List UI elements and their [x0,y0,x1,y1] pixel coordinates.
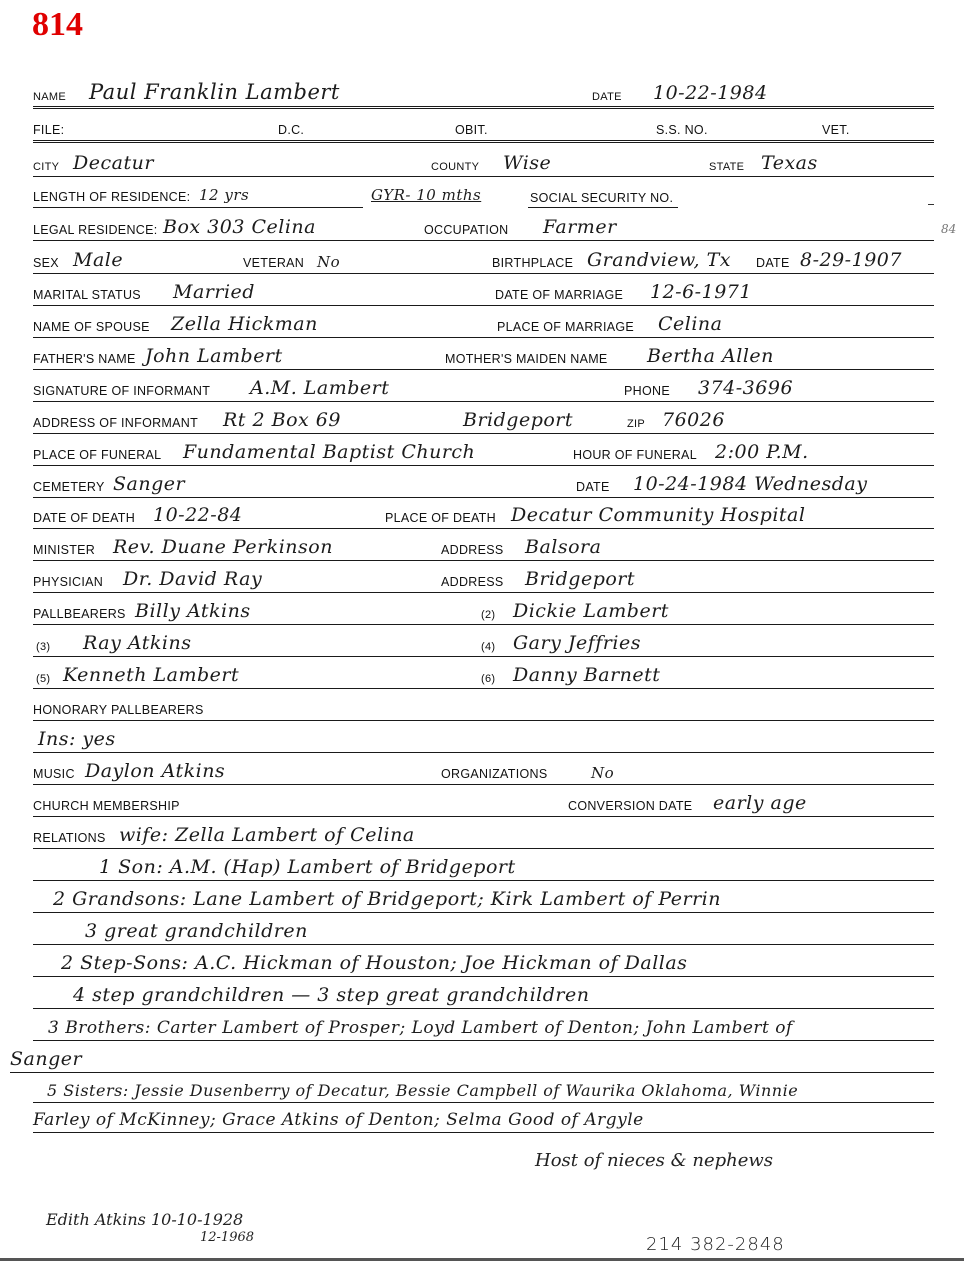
minister-row: MINISTER Rev. Duane Perkinson ADDRESS Ba… [33,532,934,561]
physician-address-label: ADDRESS [441,575,504,589]
conversion-date-value: early age [713,792,807,814]
city-value: Decatur [73,152,154,174]
phone-label: PHONE [624,384,670,398]
veteran-label: VETERAN [243,256,304,270]
place-of-death-label: PLACE OF DEATH [385,511,496,525]
margin-tick [928,204,934,205]
social-security-line [528,207,678,208]
relations-line-4: 3 great grandchildren [85,920,308,942]
social-security-label: SOCIAL SECURITY NO. [530,191,673,205]
father-value: John Lambert [145,345,283,367]
physician-label: PHYSICIAN [33,575,103,589]
relations-line-6: 4 step grandchildren — 3 step great gran… [73,984,589,1006]
city-row: CITY Decatur COUNTY Wise STATE Texas [33,146,934,177]
conversion-date-label: CONVERSION DATE [568,799,692,813]
father-row: FATHER'S NAME John Lambert MOTHER'S MAID… [33,341,934,370]
relations-row-1: RELATIONS wife: Zella Lambert of Celina [33,820,934,849]
residence-value: 12 yrs [199,186,249,204]
relations-line-2: 1 Son: A.M. (Hap) Lambert of Bridgeport [99,856,516,878]
marital-status-value: Married [173,281,255,303]
spouse-row: NAME OF SPOUSE Zella Hickman PLACE OF MA… [33,309,934,338]
pallbearer-3: Ray Atkins [83,632,191,654]
place-of-marriage-value: Celina [658,313,723,335]
relations-row-3: 2 Grandsons: Lane Lambert of Bridgeport;… [33,884,934,913]
funeral-place-value: Fundamental Baptist Church [183,441,475,463]
residence-extra-value: GYR- 10 mths [371,186,481,204]
minister-label: MINISTER [33,543,95,557]
informant-address-value: Rt 2 Box 69 [223,409,341,431]
cemetery-label: CEMETERY [33,480,105,494]
relations-line-1: wife: Zella Lambert of Celina [119,824,415,846]
church-row: CHURCH MEMBERSHIP CONVERSION DATE early … [33,788,934,817]
relations-label: RELATIONS [33,831,106,845]
pallbearer-1: Billy Atkins [135,600,251,622]
death-row: DATE OF DEATH 10-22-84 PLACE OF DEATH De… [33,500,934,529]
birth-date-value: 8-29-1907 [800,249,902,271]
funeral-row: PLACE OF FUNERAL Fundamental Baptist Chu… [33,437,934,466]
music-label: MUSIC [33,767,75,781]
physician-value: Dr. David Ray [123,568,262,590]
funeral-place-label: PLACE OF FUNERAL [33,448,161,462]
relations-line-5: 2 Step-Sons: A.C. Hickman of Houston; Jo… [61,952,687,974]
relations-row-9: 5 Sisters: Jessie Dusenberry of Decatur,… [33,1076,934,1103]
county-value: Wise [503,152,551,174]
honorary-pallbearers-label: HONORARY PALLBEARERS [33,703,204,717]
occupation-label: OCCUPATION [424,223,508,237]
minister-address-label: ADDRESS [441,543,504,557]
legal-residence-label: LEGAL RESIDENCE: [33,223,158,237]
relations-line-9: 5 Sisters: Jessie Dusenberry of Decatur,… [47,1081,798,1100]
obit-label: OBIT. [455,123,488,137]
state-label: STATE [709,161,744,173]
sex-label: SEX [33,256,59,270]
informant-city-value: Bridgeport [463,409,573,431]
legal-residence-row: LEGAL RESIDENCE: Box 303 Celina OCCUPATI… [33,212,934,241]
mother-value: Bertha Allen [647,345,774,367]
relations-row-2: 1 Son: A.M. (Hap) Lambert of Bridgeport [33,852,934,881]
relations-row-4: 3 great grandchildren [33,916,934,945]
name-row: NAME Paul Franklin Lambert DATE 10-22-19… [33,76,934,109]
date-of-marriage-label: DATE OF MARRIAGE [495,288,623,302]
relations-row-7: 3 Brothers: Carter Lambert of Prosper; L… [33,1012,934,1041]
organizations-label: ORGANIZATIONS [441,767,547,781]
place-of-death-value: Decatur Community Hospital [511,504,805,526]
marital-status-label: MARITAL STATUS [33,288,141,302]
relations-row-8: Sanger [10,1044,934,1073]
file-row: FILE: D.C. OBIT. S.S. NO. VET. [33,112,934,143]
state-value: Texas [761,152,818,174]
relations-row-6: 4 step grandchildren — 3 step great gran… [33,980,934,1009]
pallbearer-6-num: (6) [481,673,495,685]
pallbearers-row-3: (5) Kenneth Lambert (6) Danny Barnett [33,660,934,689]
spouse-value: Zella Hickman [171,313,318,335]
marital-row: MARITAL STATUS Married DATE OF MARRIAGE … [33,277,934,306]
relations-row-10: Farley of McKinney; Grace Atkins of Dent… [33,1106,934,1133]
organizations-value: No [591,764,614,782]
margin-note: 84 [941,222,956,236]
burial-date-label: DATE [576,480,610,494]
residence-row: LENGTH OF RESIDENCE: 12 yrs GYR- 10 mths… [33,180,934,208]
birthplace-value: Grandview, Tx [587,249,731,271]
relations-line-8: Sanger [10,1048,82,1070]
physician-address-value: Bridgeport [525,568,635,590]
minister-value: Rev. Duane Perkinson [113,536,333,558]
legal-residence-value: Box 303 Celina [163,216,316,238]
pallbearer-2-num: (2) [481,609,495,621]
burial-date-value: 10-24-1984 Wednesday [633,473,867,495]
city-label: CITY [33,161,59,173]
physician-row: PHYSICIAN Dr. David Ray ADDRESS Bridgepo… [33,564,934,593]
sex-row: SEX Male VETERAN No BIRTHPLACE Grandview… [33,244,934,274]
residence-label: LENGTH OF RESIDENCE: [33,190,363,208]
pallbearer-3-num: (3) [36,641,50,653]
phone-value: 374-3696 [698,377,793,399]
informant-row: SIGNATURE OF INFORMANT A.M. Lambert PHON… [33,373,934,402]
bottom-note-date: 12-1968 [200,1230,254,1245]
county-label: COUNTY [431,161,479,173]
date-of-death-value: 10-22-84 [153,504,242,526]
funeral-hour-label: HOUR OF FUNERAL [573,448,697,462]
bottom-note-name: Edith Atkins 10-10-1928 [46,1210,243,1229]
honorary-label-row: HONORARY PALLBEARERS [33,692,934,721]
zip-value: 76026 [662,409,725,431]
pallbearers-row-2: (3) Ray Atkins (4) Gary Jeffries [33,628,934,657]
sex-value: Male [73,249,123,271]
honorary-value-row: Ins: yes [33,724,934,753]
informant-label: SIGNATURE OF INFORMANT [33,384,210,398]
pallbearers-row-1: PALLBEARERS Billy Atkins (2) Dickie Lamb… [33,596,934,625]
pallbearers-label: PALLBEARERS [33,607,126,621]
informant-value: A.M. Lambert [250,377,389,399]
cemetery-value: Sanger [113,473,185,495]
birth-date-label: DATE [756,256,790,270]
pallbearer-4-num: (4) [481,641,495,653]
place-of-marriage-label: PLACE OF MARRIAGE [497,320,634,334]
cemetery-row: CEMETERY Sanger DATE 10-24-1984 Wednesda… [33,469,934,498]
informant-address-label: ADDRESS OF INFORMANT [33,416,198,430]
date-label: DATE [592,91,622,103]
occupation-value: Farmer [543,216,617,238]
file-label: FILE: [33,123,64,137]
page-number: 814 [32,6,83,44]
spouse-label: NAME OF SPOUSE [33,320,150,334]
relations-line-10: Farley of McKinney; Grace Atkins of Dent… [33,1110,644,1130]
name-value: Paul Franklin Lambert [89,80,340,104]
informant-address-row: ADDRESS OF INFORMANT Rt 2 Box 69 Bridgep… [33,405,934,434]
date-of-marriage-value: 12-6-1971 [650,281,752,303]
relations-footnote: Host of nieces & nephews [535,1150,773,1171]
pallbearer-5-num: (5) [36,673,50,685]
relations-row-5: 2 Step-Sons: A.C. Hickman of Houston; Jo… [33,948,934,977]
honorary-pallbearers-value: Ins: yes [38,728,116,750]
dc-label: D.C. [278,123,304,137]
father-label: FATHER'S NAME [33,352,136,366]
date-value: 10-22-1984 [653,82,768,104]
vet-label: VET. [822,123,850,137]
birthplace-label: BIRTHPLACE [492,256,573,270]
ss-no-label: S.S. NO. [656,123,708,137]
minister-address-value: Balsora [525,536,601,558]
music-row: MUSIC Daylon Atkins ORGANIZATIONS No [33,756,934,785]
date-of-death-label: DATE OF DEATH [33,511,135,525]
mother-label: MOTHER'S MAIDEN NAME [445,352,608,366]
church-membership-label: CHURCH MEMBERSHIP [33,799,180,813]
name-label: NAME [33,91,66,103]
pallbearer-4: Gary Jeffries [513,632,641,654]
relations-line-3: 2 Grandsons: Lane Lambert of Bridgeport;… [53,888,721,910]
veteran-value: No [317,253,340,271]
pallbearer-6: Danny Barnett [513,664,660,686]
zip-label: ZIP [627,418,645,430]
relations-line-7: 3 Brothers: Carter Lambert of Prosper; L… [48,1018,793,1038]
bottom-note-phone: 214 382-2848 [646,1234,785,1255]
pallbearer-2: Dickie Lambert [513,600,669,622]
music-value: Daylon Atkins [85,760,225,782]
funeral-hour-value: 2:00 P.M. [715,441,809,463]
pallbearer-5: Kenneth Lambert [63,664,239,686]
